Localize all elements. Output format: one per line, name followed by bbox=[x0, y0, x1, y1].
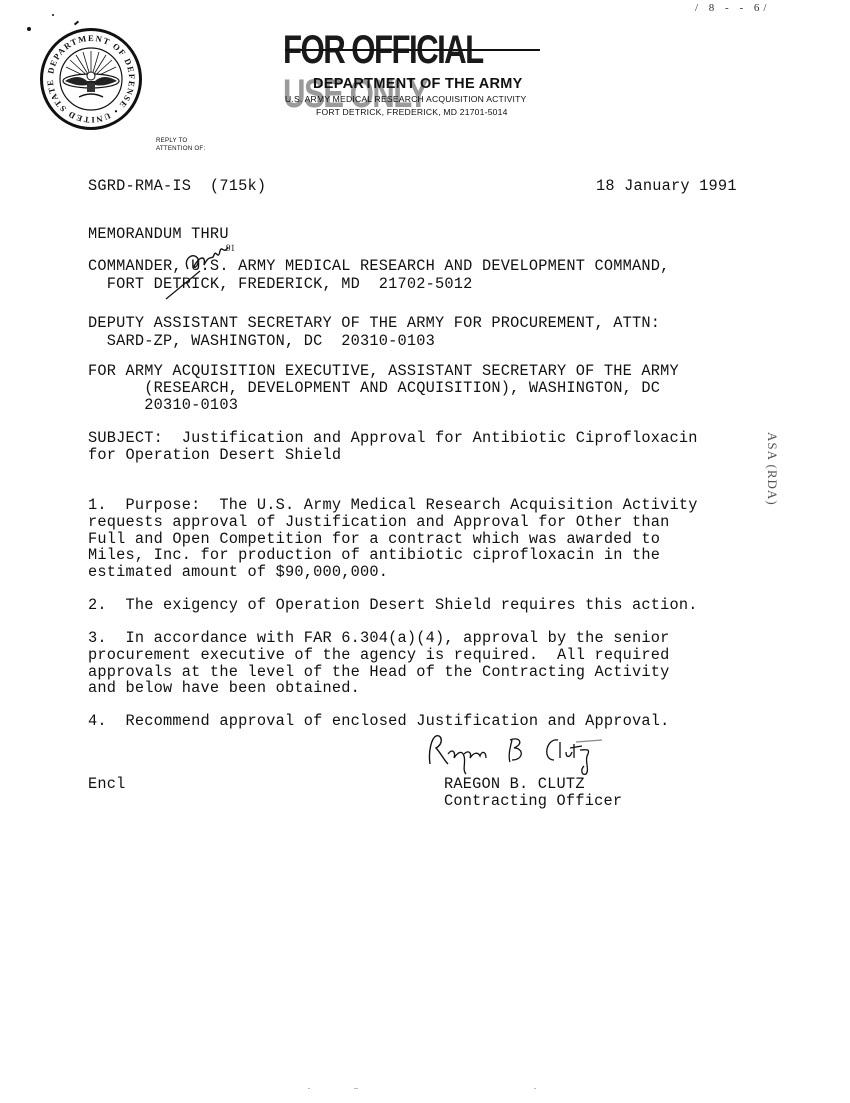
addressee-3-line-3: 20310-0103 bbox=[88, 397, 238, 414]
stray-mark bbox=[52, 14, 54, 16]
activity-address: FORT DETRICK, FREDERICK, MD 21701-5014 bbox=[316, 107, 508, 117]
paragraph-1-line: estimated amount of $90,000,000. bbox=[88, 564, 388, 581]
paragraph-1-line: requests approval of Justification and A… bbox=[88, 514, 670, 531]
paragraph-3-line: procurement executive of the agency is r… bbox=[88, 647, 670, 664]
addressee-3-line-1: FOR ARMY ACQUISITION EXECUTIVE, ASSISTAN… bbox=[88, 363, 679, 380]
addressee-1-line-2: FORT DETRICK, FREDERICK, MD 21702-5012 bbox=[88, 276, 473, 293]
reply-to-text: REPLY TO bbox=[156, 137, 205, 145]
addressee-2-line-1: DEPUTY ASSISTANT SECRETARY OF THE ARMY F… bbox=[88, 315, 660, 332]
scan-speck bbox=[308, 1088, 310, 1089]
paragraph-1-line: 1. Purpose: The U.S. Army Medical Resear… bbox=[88, 497, 698, 514]
paragraph-2-line: 2. The exigency of Operation Desert Shie… bbox=[88, 597, 698, 614]
subject-line-1: SUBJECT: Justification and Approval for … bbox=[88, 430, 698, 447]
stray-mark bbox=[27, 27, 31, 31]
attention-of-text: ATTENTION OF: bbox=[156, 145, 205, 153]
addressee-2-line-2: SARD-ZP, WASHINGTON, DC 20310-0103 bbox=[88, 333, 435, 350]
activity-name: U.S. ARMY MEDICAL RESEARCH ACQUISITION A… bbox=[285, 94, 526, 104]
signer-name: RAEGON B. CLUTZ bbox=[444, 776, 585, 793]
paragraph-3-line: and below have been obtained. bbox=[88, 680, 360, 697]
asa-rda-receipt-stamp: ASA (RDA) bbox=[764, 432, 780, 506]
department-of-defense-seal: DEPARTMENT OF DEFENSE • UNITED STATES OF… bbox=[40, 28, 142, 130]
stamp-strikethrough-line bbox=[285, 49, 540, 51]
addressee-1-line-1: COMMANDER, U.S. ARMY MEDICAL RESEARCH AN… bbox=[88, 258, 670, 275]
paragraph-4-line: 4. Recommend approval of enclosed Justif… bbox=[88, 713, 670, 730]
scan-speck bbox=[354, 1088, 358, 1089]
memo-date: 18 January 1991 bbox=[596, 178, 737, 195]
reply-to-label: REPLY TO ATTENTION OF: bbox=[156, 137, 205, 153]
scan-speck bbox=[534, 1088, 536, 1089]
paragraph-1-line: Miles, Inc. for production of antibiotic… bbox=[88, 547, 660, 564]
paragraph-3-line: 3. In accordance with FAR 6.304(a)(4), a… bbox=[88, 630, 670, 647]
svg-text:91: 91 bbox=[226, 243, 235, 253]
enclosure-label: Encl bbox=[88, 776, 126, 793]
signer-title: Contracting Officer bbox=[444, 793, 622, 810]
stray-mark bbox=[74, 21, 79, 26]
department-title: DEPARTMENT OF THE ARMY bbox=[313, 76, 523, 92]
eagle-emblem-icon: DEPARTMENT OF DEFENSE • UNITED STATES OF… bbox=[43, 31, 139, 127]
handwritten-signature bbox=[426, 730, 616, 780]
office-symbol: SGRD-RMA-IS (715k) bbox=[88, 178, 266, 195]
subject-line-2: for Operation Desert Shield bbox=[88, 447, 341, 464]
addressee-3-line-2: (RESEARCH, DEVELOPMENT AND ACQUISITION),… bbox=[88, 380, 660, 397]
corner-handwritten-mark: / 8 - - 6/ bbox=[695, 2, 770, 14]
